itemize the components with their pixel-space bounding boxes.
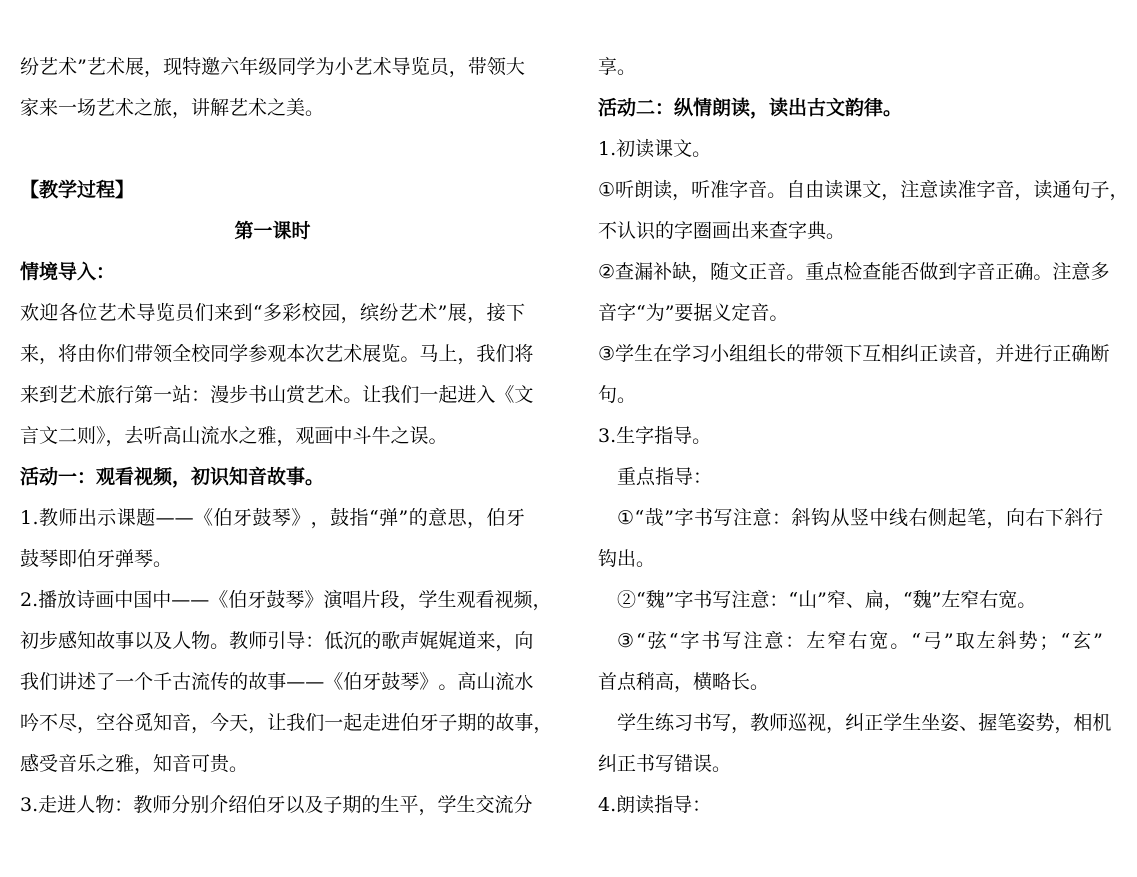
text-line: ①“哉”字书写注意：斜钩从竖中线右侧起笔，向右下斜行 — [598, 498, 1103, 539]
text-line: ③“弦“字书写注意：左窄右宽。“弓”取左斜势；“玄” — [598, 621, 1103, 662]
text-line: 3.生字指导。 — [598, 416, 1103, 457]
text-line: 重点指导： — [598, 457, 1103, 498]
heading-activity-1: 活动一：观看视频，初识知音故事。 — [20, 457, 525, 498]
text-line: 感受音乐之雅，知音可贵。 — [20, 744, 525, 785]
text-line: 鼓琴即伯牙弹琴。 — [20, 539, 525, 580]
text-line: 3.走进人物：教师分别介绍伯牙以及子期的生平，学生交流分 — [20, 785, 525, 826]
text-line — [20, 129, 525, 170]
text-line: 纠正书写错误。 — [598, 744, 1103, 785]
text-line: 4.朗读指导： — [598, 785, 1103, 826]
text-line: 1.教师出示课题——《伯牙鼓琴》，鼓指“弹”的意思，伯牙 — [20, 498, 525, 539]
text-line: 来到艺术旅行第一站：漫步书山赏艺术。让我们一起进入《文 — [20, 375, 525, 416]
text-line: 1.初读课文。 — [598, 129, 1103, 170]
text-line: ①听朗读，听准字音。自由读课文，注意读准字音，读通句子， — [598, 170, 1103, 211]
right-column: 享。活动二：纵情朗读，读出古文韵律。1.初读课文。①听朗读，听准字音。自由读课文… — [598, 47, 1103, 877]
text-line: 2.播放诗画中国中——《伯牙鼓琴》演唱片段，学生观看视频， — [20, 580, 525, 621]
text-line: 吟不尽，空谷觅知音，今天，让我们一起走进伯牙子期的故事， — [20, 703, 525, 744]
heading-activity-2: 活动二：纵情朗读，读出古文韵律。 — [598, 88, 1103, 129]
text-line: ②查漏补缺，随文正音。重点检查能否做到字音正确。注意多 — [598, 252, 1103, 293]
text-line: 学生练习书写，教师巡视，纠正学生坐姿、握笔姿势，相机 — [598, 703, 1103, 744]
left-column: 纷艺术”艺术展，现特邀六年级同学为小艺术导览员，带领大家来一场艺术之旅，讲解艺术… — [20, 47, 525, 877]
text-line: 享。 — [598, 47, 1103, 88]
text-line: 欢迎各位艺术导览员们来到“多彩校园，缤纷艺术”展，接下 — [20, 293, 525, 334]
text-line: 初步感知故事以及人物。教师引导：低沉的歌声娓娓道来，向 — [20, 621, 525, 662]
text-line: 家来一场艺术之旅，讲解艺术之美。 — [20, 88, 525, 129]
text-line: 句。 — [598, 375, 1103, 416]
text-line: ②“魏”字书写注意：“山”窄、扁，“魏”左窄右宽。 — [598, 580, 1103, 621]
heading-first-lesson: 第一课时 — [20, 211, 525, 252]
text-line: 来，将由你们带领全校同学参观本次艺术展览。马上，我们将 — [20, 334, 525, 375]
text-line: ③学生在学习小组组长的带领下互相纠正读音，并进行正确断 — [598, 334, 1103, 375]
heading-situational-intro: 情境导入： — [20, 252, 525, 293]
text-line: 言文二则》，去听高山流水之雅，观画中斗牛之误。 — [20, 416, 525, 457]
text-line: 音字“为”要据义定音。 — [598, 293, 1103, 334]
document-page: 纷艺术”艺术展，现特邀六年级同学为小艺术导览员，带领大家来一场艺术之旅，讲解艺术… — [0, 0, 1137, 877]
heading-teaching-process: 【教学过程】 — [20, 170, 525, 211]
text-line: 首点稍高，横略长。 — [598, 662, 1103, 703]
text-line: 我们讲述了一个千古流传的故事——《伯牙鼓琴》。高山流水 — [20, 662, 525, 703]
text-line: 纷艺术”艺术展，现特邀六年级同学为小艺术导览员，带领大 — [20, 47, 525, 88]
text-line: 不认识的字圈画出来查字典。 — [598, 211, 1103, 252]
text-line: 钩出。 — [598, 539, 1103, 580]
